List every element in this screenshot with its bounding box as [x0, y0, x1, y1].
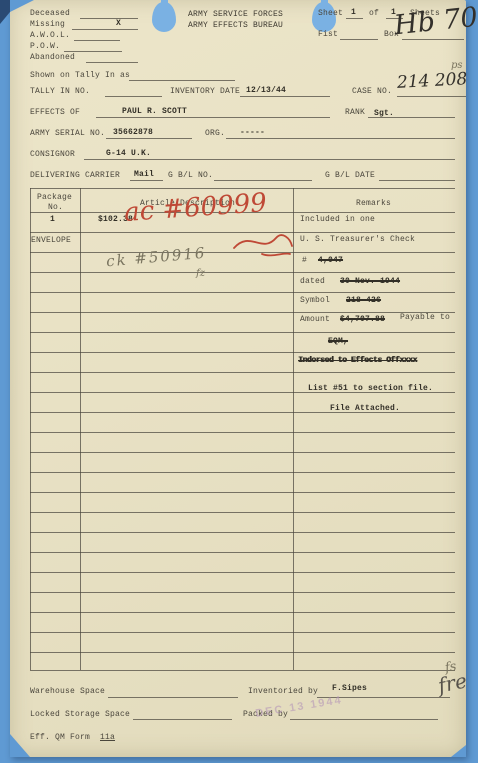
red-flourish-handwriting	[232, 228, 294, 258]
locked-storage-label: Locked Storage Space	[30, 710, 130, 720]
delivering-carrier-label: DELIVERING CARRIER	[30, 171, 120, 181]
table-bottom-border	[30, 670, 455, 671]
package-envelope-value: ENVELOPE	[31, 236, 71, 246]
blank-line	[133, 719, 232, 720]
table-ruled-line	[30, 492, 455, 493]
remark-symbol-label: Symbol	[300, 296, 330, 306]
col-header-package-no: No.	[48, 203, 63, 213]
gbl-no-label: G B/L NO.	[168, 171, 213, 181]
remark-amount-value-struck: $4,707.88	[340, 315, 385, 325]
blank-line	[80, 18, 138, 19]
table-ruled-line	[30, 452, 455, 453]
remark-payable-to: Payable to	[400, 313, 450, 323]
table-ruled-line	[30, 272, 455, 273]
punch-hole-icon	[152, 2, 176, 32]
blank-line	[397, 96, 466, 97]
table-column-divider	[293, 188, 294, 670]
army-serial-label: ARMY SERIAL NO.	[30, 129, 105, 139]
agency-title-line1: ARMY SERVICE FORCES	[188, 10, 283, 20]
table-ruled-line	[30, 652, 455, 653]
table-ruled-line	[30, 632, 455, 633]
blank-line	[240, 96, 330, 97]
inventoried-by-value: F.Sipes	[332, 684, 367, 694]
table-ruled-line	[30, 572, 455, 573]
blank-line	[290, 719, 438, 720]
blank-line	[74, 40, 120, 41]
fist-label: Fist	[318, 30, 338, 40]
blank-line	[226, 138, 455, 139]
sheet-of-label: of	[369, 9, 379, 19]
handwritten-case-number: 214 208	[397, 69, 468, 93]
table-ruled-line	[30, 612, 455, 613]
col-header-package: Package	[37, 193, 72, 203]
remark-dated-value-struck: 30 Nov. 1944	[340, 277, 400, 287]
blank-line	[129, 80, 235, 81]
package-no-value: 1	[50, 215, 55, 225]
blank-line	[64, 51, 122, 52]
blank-line	[106, 138, 192, 139]
table-ruled-line	[30, 292, 455, 293]
col-header-remarks: Remarks	[356, 199, 391, 209]
table-ruled-line	[30, 372, 455, 373]
blank-line	[105, 96, 162, 97]
table-ruled-line	[30, 312, 455, 313]
table-ruled-line	[30, 552, 455, 553]
blank-line	[72, 29, 138, 30]
sheet-number: 1	[351, 8, 356, 18]
remark-file-attached: File Attached.	[330, 404, 400, 414]
shown-on-tally-label: Shown on Tally In as	[30, 71, 130, 81]
org-value: -----	[240, 128, 265, 138]
handwritten-pencil-initials: fz	[196, 268, 205, 279]
case-no-label: CASE NO.	[352, 87, 392, 97]
blank-line	[108, 697, 238, 698]
gbl-date-label: G B/L DATE	[325, 171, 375, 181]
table-ruled-line	[30, 472, 455, 473]
consignor-label: CONSIGNOR	[30, 150, 75, 160]
inventory-date-value: 12/13/44	[246, 86, 286, 96]
blank-line	[214, 180, 312, 181]
table-column-divider	[80, 188, 81, 670]
remark-indorsed-struck-out: Indorsed to Effects Offxxxx	[298, 356, 417, 366]
table-ruled-line	[30, 432, 455, 433]
form-id-label: Eff. QM Form	[30, 733, 90, 743]
blank-line	[340, 39, 378, 40]
status-missing-checkmark: X	[116, 19, 121, 29]
table-ruled-line	[30, 532, 455, 533]
status-label-deceased: Deceased	[30, 9, 70, 19]
agency-title-line2: ARMY EFFECTS BUREAU	[188, 21, 283, 31]
remark-included: Included in one	[300, 215, 375, 225]
inventoried-by-label: Inventoried by	[248, 687, 318, 697]
status-label-missing: Missing	[30, 20, 65, 30]
blank-line	[130, 180, 163, 181]
table-left-border	[30, 188, 31, 670]
table-ruled-line	[30, 512, 455, 513]
army-serial-value: 35662878	[113, 128, 153, 138]
table-ruled-line	[30, 592, 455, 593]
remark-treasurers-check: U. S. Treasurer's Check	[300, 235, 415, 245]
blank-line	[86, 62, 138, 63]
blank-line	[368, 117, 455, 118]
status-label-pow: P.O.W.	[30, 42, 60, 52]
scanned-document: Deceased Missing X A.W.O.L. P.O.W. Aband…	[0, 0, 478, 763]
remark-eqm-struck: EQM,	[328, 337, 348, 347]
remark-check-no-label: #	[302, 256, 307, 266]
remark-dated-label: dated	[300, 277, 325, 287]
table-ruled-line	[30, 332, 455, 333]
blank-line	[379, 180, 455, 181]
delivering-carrier-value: Mail	[134, 170, 154, 180]
form-id-number: 11a	[100, 733, 115, 743]
status-label-abandoned: Abandoned	[30, 53, 75, 63]
effects-of-label: EFFECTS OF	[30, 108, 80, 118]
consignor-value: G-14 U.K.	[106, 149, 151, 159]
blank-line	[84, 159, 455, 160]
blank-line	[96, 117, 330, 118]
remark-check-no-value-struck: 4,047	[318, 256, 343, 266]
status-label-awol: A.W.O.L.	[30, 31, 70, 41]
tally-in-no-label: TALLY IN NO.	[30, 87, 90, 97]
sheet-label: Sheet	[318, 9, 343, 19]
org-label: ORG.	[205, 129, 225, 139]
remark-list-to-section-file: List #51 to section file.	[308, 384, 433, 394]
blank-line	[346, 18, 363, 19]
effects-of-value: PAUL R. SCOTT	[122, 107, 187, 117]
remark-symbol-value-struck: 218-426	[346, 296, 381, 306]
inventory-date-label: INVENTORY DATE	[170, 87, 240, 97]
warehouse-space-label: Warehouse Space	[30, 687, 105, 697]
table-ruled-line	[30, 352, 455, 353]
rank-label: RANK	[345, 108, 365, 118]
remark-amount-label: Amount	[300, 315, 330, 325]
